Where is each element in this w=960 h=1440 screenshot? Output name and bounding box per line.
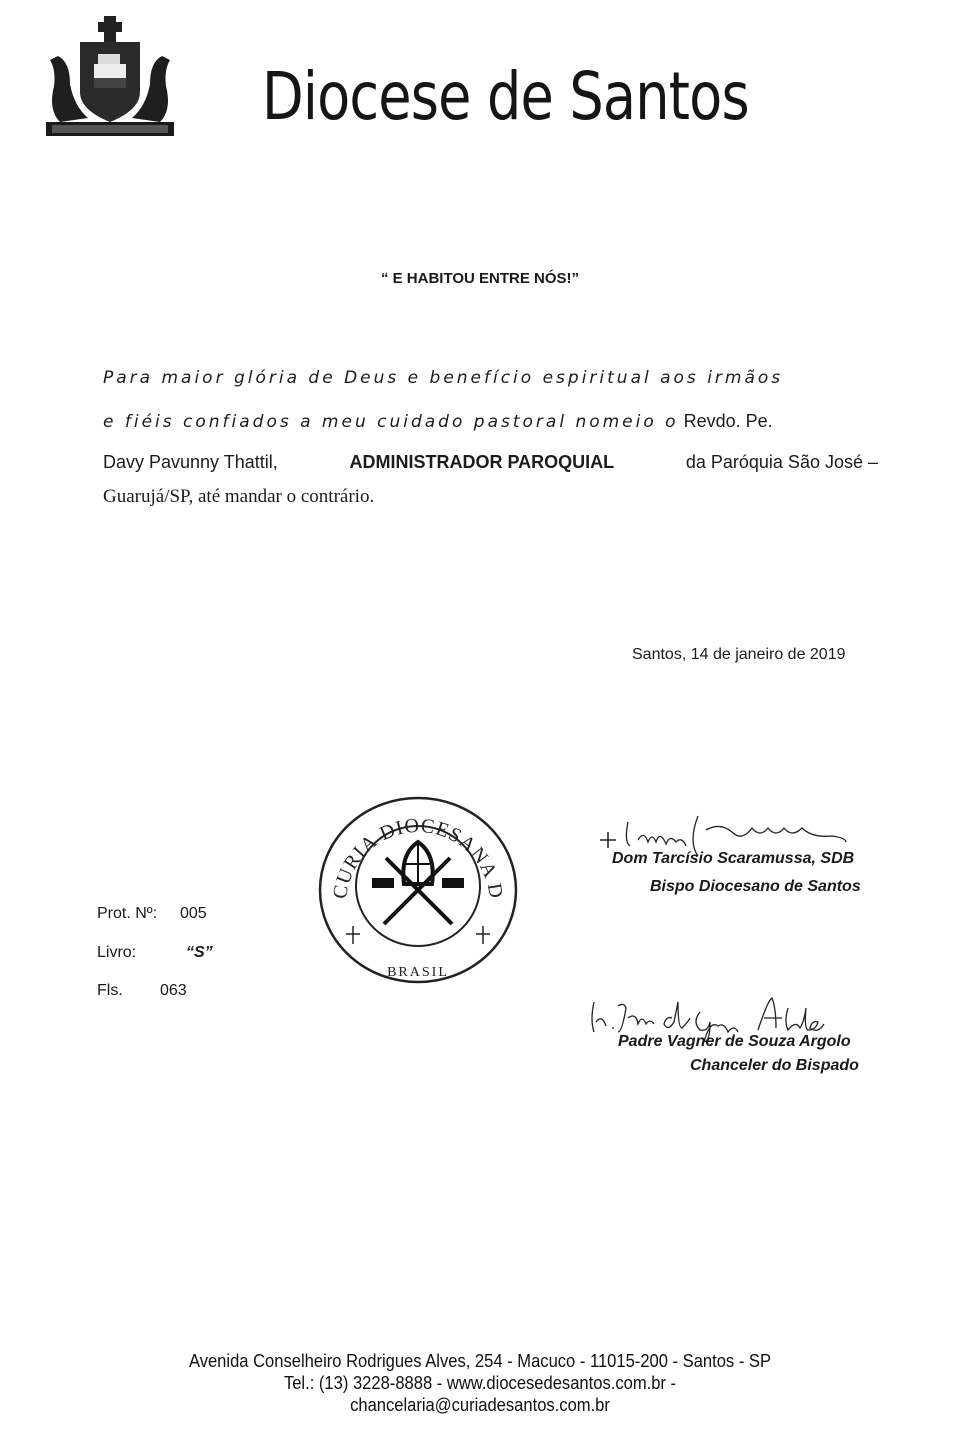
- motto: “ E HABITOU ENTRE NÓS!”: [0, 270, 960, 287]
- parish-text: da Paróquia São José –: [686, 452, 878, 473]
- body-line-1: Para maior glória de Deus e benefício es…: [103, 368, 883, 388]
- livro-label: Livro:: [97, 944, 136, 962]
- date-line: Santos, 14 de janeiro de 2019: [632, 646, 846, 664]
- signatory-1-name: Dom Tarcísio Scaramussa, SDB: [612, 850, 854, 868]
- signatory-2-title: Chanceler do Bispado: [690, 1057, 859, 1075]
- fls-value: 063: [160, 982, 187, 1000]
- diocese-coat-of-arms-icon: [40, 14, 180, 140]
- body-line-2: e fiéis confiados a meu cuidado pastoral…: [103, 411, 883, 433]
- body-line-3: Davy Pavunny Thattil, ADMINISTRADOR PARO…: [103, 452, 878, 473]
- page-title: Diocese de Santos: [262, 58, 749, 135]
- footer-contact: Tel.: (13) 3228-8888 - www.diocesedesant…: [38, 1372, 921, 1394]
- signatory-1-title: Bispo Diocesano de Santos: [650, 878, 861, 896]
- mitre-and-keys-seal-icon: CURIA DIOCESANA DE SANTOS BRASIL: [316, 794, 520, 986]
- body-line-4: Guarujá/SP, até mandar o contrário.: [103, 486, 883, 508]
- fls-label: Fls.: [97, 982, 123, 1000]
- prot-label: Prot. Nº:: [97, 905, 157, 923]
- appointment-role: ADMINISTRADOR PAROQUIAL: [349, 452, 614, 473]
- body-line-2-italic: e fiéis confiados a meu cuidado pastoral…: [103, 412, 679, 432]
- signatory-2-name: Padre Vagner de Souza Argolo: [618, 1033, 851, 1051]
- prot-value: 005: [180, 905, 207, 923]
- livro-value: “S”: [186, 944, 213, 962]
- svg-text:BRASIL: BRASIL: [387, 965, 449, 980]
- body-line-2-regular: Revdo. Pe.: [679, 411, 773, 431]
- appointee-name: Davy Pavunny Thattil,: [103, 452, 278, 473]
- footer-address: Avenida Conselheiro Rodrigues Alves, 254…: [38, 1350, 921, 1372]
- footer: Avenida Conselheiro Rodrigues Alves, 254…: [0, 1350, 960, 1416]
- footer-email: chancelaria@curiadesantos.com.br: [38, 1394, 921, 1416]
